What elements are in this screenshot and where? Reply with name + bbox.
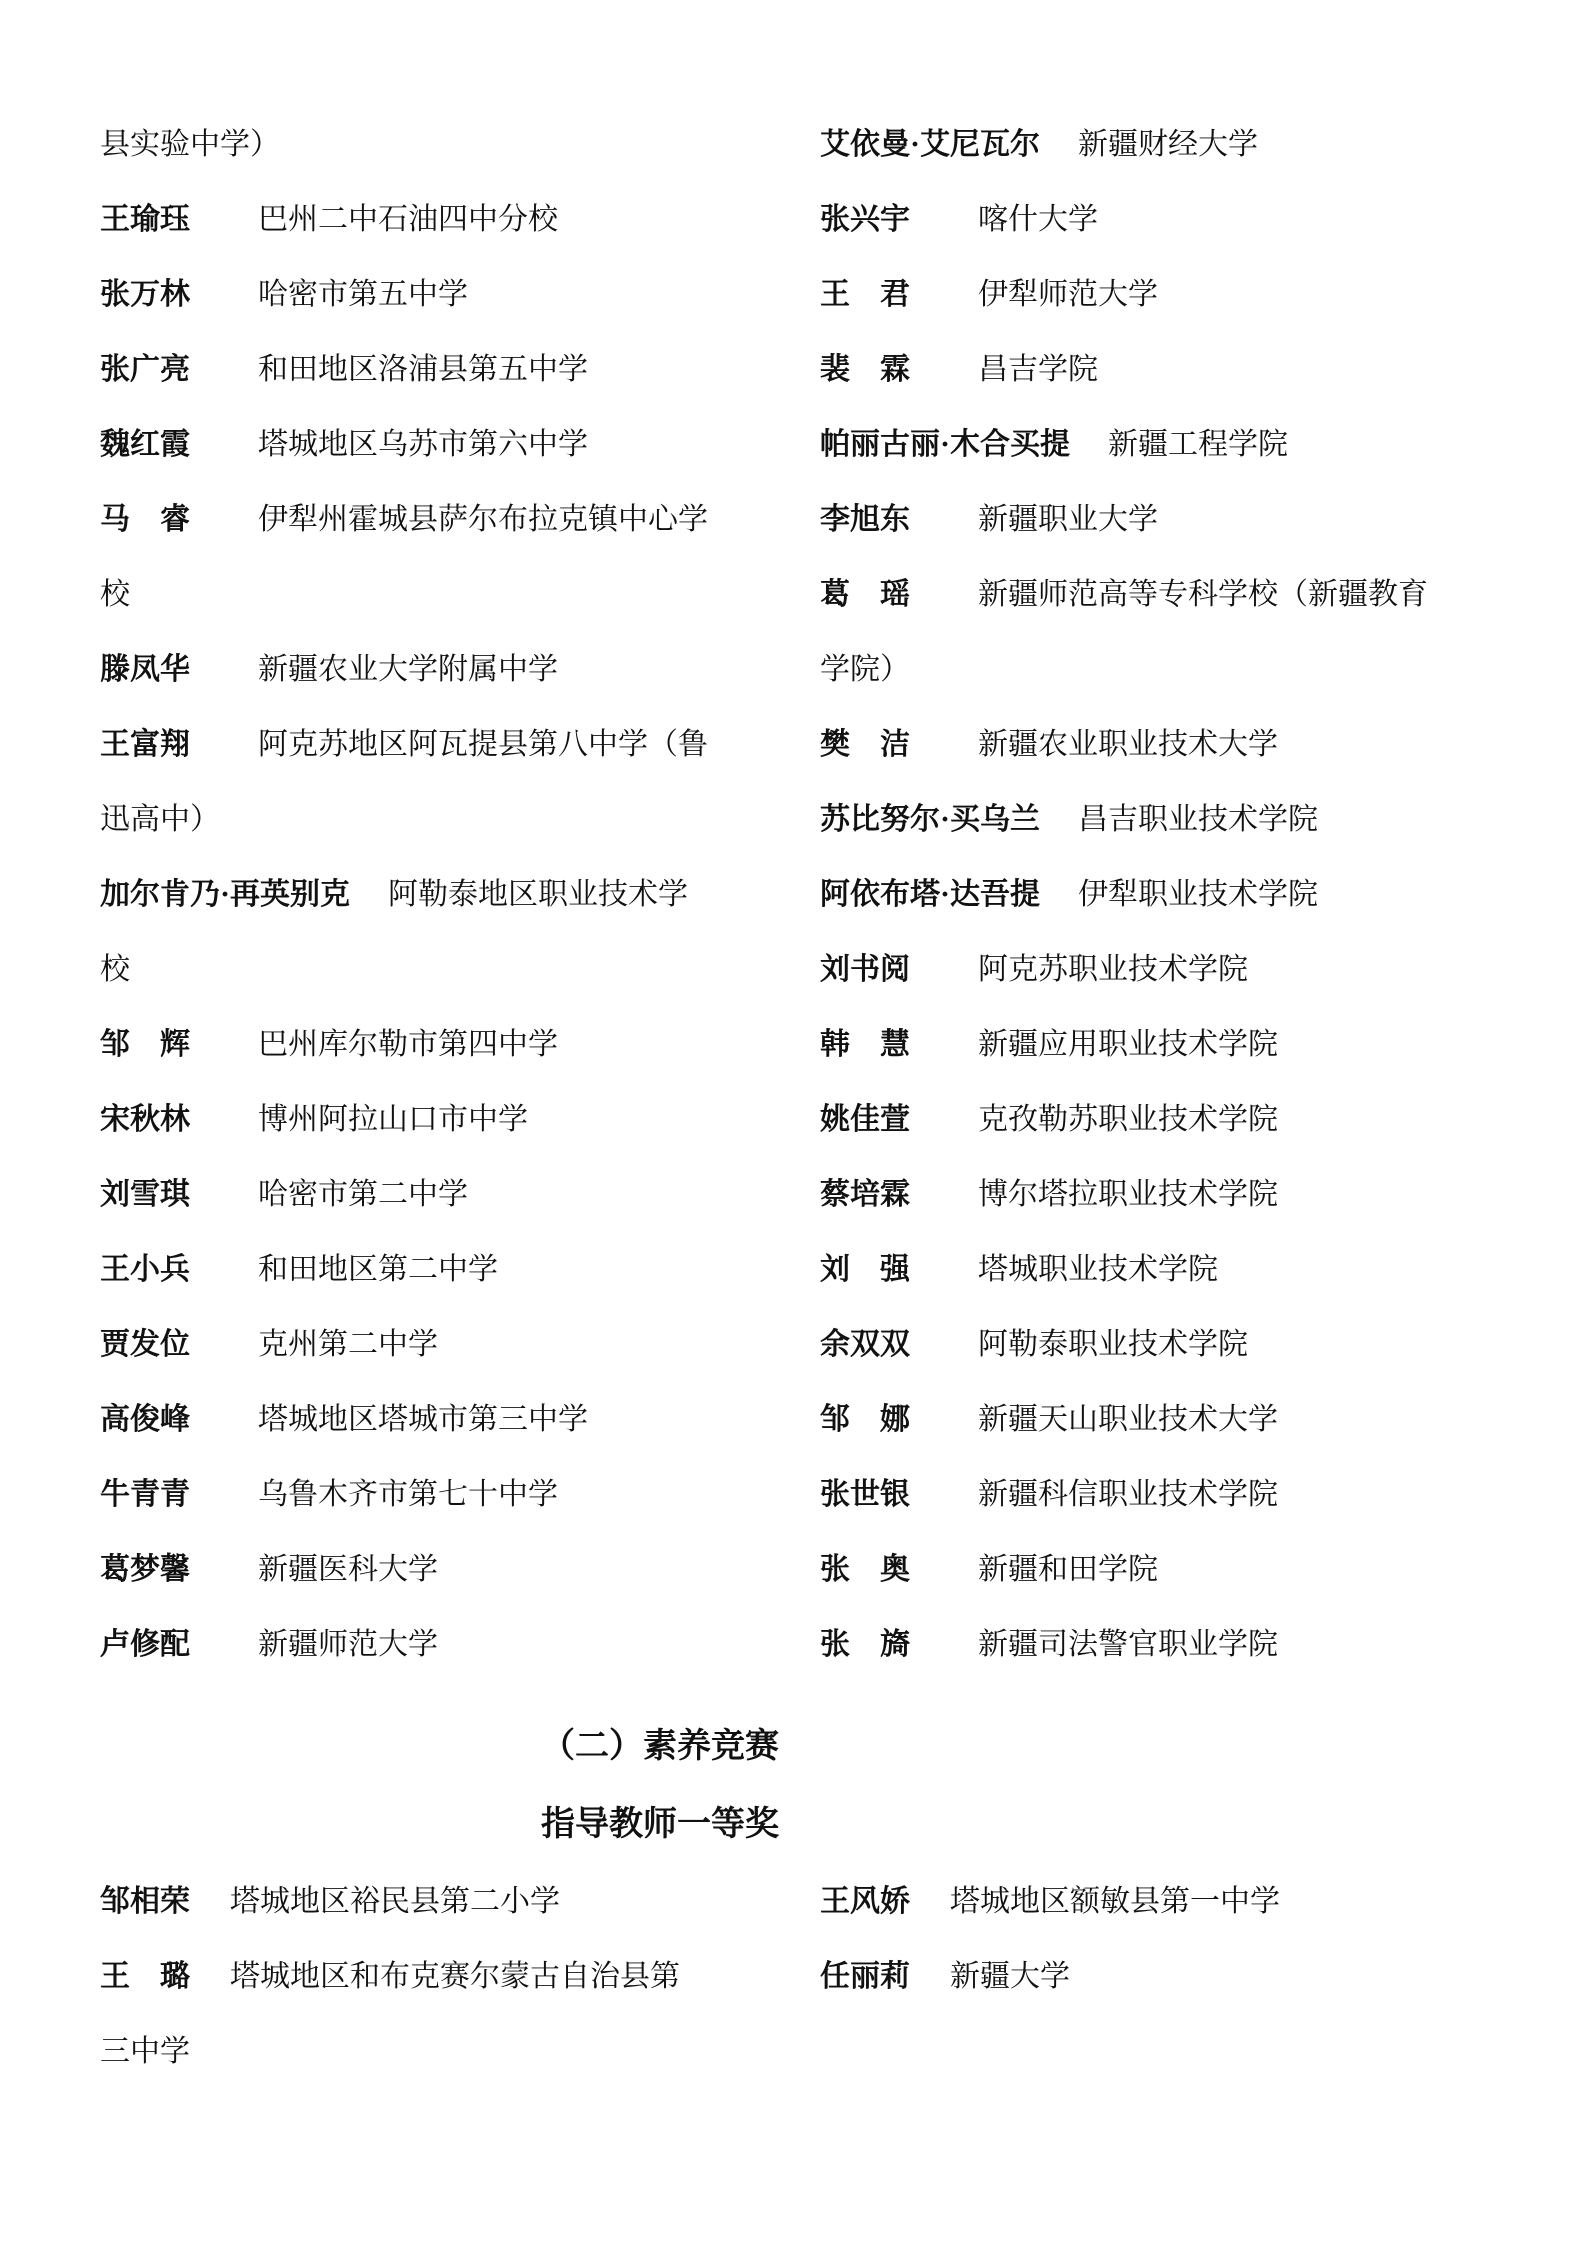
- school-name: 塔城地区裕民县第二小学: [230, 1885, 560, 1918]
- school-name: 塔城职业技术学院: [978, 1253, 1218, 1286]
- awardee-name: 张 旖: [820, 1607, 940, 1682]
- awardee-name: 樊 洁: [820, 707, 940, 782]
- school-name: 新疆农业职业技术大学: [978, 728, 1278, 761]
- award-entry: 张世银新疆科信职业技术学院: [820, 1457, 1567, 1532]
- school-name: 阿勒泰职业技术学院: [978, 1328, 1248, 1361]
- awardee-name: 王小兵: [100, 1232, 220, 1307]
- award-column-right: 艾依曼·艾尼瓦尔新疆财经大学张兴宇喀什大学王 君伊犁师范大学裴 霖昌吉学院帕丽古…: [820, 107, 1567, 1682]
- awardee-name: 葛梦馨: [100, 1532, 220, 1607]
- awardee-name: 帕丽古丽·木合买提: [820, 407, 1070, 482]
- awardee-name: 张 奥: [820, 1532, 940, 1607]
- document-page: 县实验中学）王瑜珏巴州二中石油四中分校张万林哈密市第五中学张广亮和田地区洛浦县第…: [0, 0, 1587, 2245]
- award-entry: 阿依布塔·达吾提伊犁职业技术学院: [820, 857, 1567, 932]
- awardee-name: 刘书阅: [820, 932, 940, 1007]
- section-heading: （二）素养竞赛: [0, 1708, 1320, 1786]
- award-entry: 苏比努尔·买乌兰昌吉职业技术学院: [820, 782, 1567, 857]
- awardee-name: 贾发位: [100, 1307, 220, 1382]
- school-name: 喀什大学: [978, 203, 1098, 236]
- awardee-name: 姚佳萱: [820, 1082, 940, 1157]
- school-name: 塔城地区额敏县第一中学: [950, 1885, 1280, 1918]
- awardee-name: 王 璐: [100, 1939, 190, 2014]
- award-heading: 指导教师一等奖: [0, 1786, 1320, 1864]
- award-entry: 葛梦馨新疆医科大学: [100, 1532, 800, 1607]
- school-name: 和田地区第二中学: [258, 1253, 498, 1286]
- section-headings: （二）素养竞赛 指导教师一等奖: [0, 1708, 1320, 1864]
- awardee-name: 卢修配: [100, 1607, 220, 1682]
- awardee-name: 王富翔: [100, 707, 220, 782]
- awardee-name: 王风娇: [820, 1864, 910, 1939]
- awardee-name: 加尔肯乃·再英别克: [100, 857, 350, 932]
- school-name: 新疆天山职业技术大学: [978, 1403, 1278, 1436]
- school-name: 塔城地区乌苏市第六中学: [258, 428, 588, 461]
- award-entry: 邹 辉巴州库尔勒市第四中学: [100, 1007, 800, 1082]
- school-name: 昌吉职业技术学院: [1078, 803, 1318, 836]
- awardee-name: 牛青青: [100, 1457, 220, 1532]
- awardee-name: 滕凤华: [100, 632, 220, 707]
- school-name: 新疆大学: [950, 1960, 1070, 1993]
- awardee-name: 李旭东: [820, 482, 940, 557]
- award-entry: 王小兵和田地区第二中学: [100, 1232, 800, 1307]
- awardee-name: 宋秋林: [100, 1082, 220, 1157]
- school-name: 新疆和田学院: [978, 1553, 1158, 1586]
- awardee-name: 张世银: [820, 1457, 940, 1532]
- school-name: 伊犁师范大学: [978, 278, 1158, 311]
- awardee-name: 阿依布塔·达吾提: [820, 857, 1040, 932]
- school-name: 伊犁职业技术学院: [1078, 878, 1318, 911]
- award-entry: 邹相荣塔城地区裕民县第二小学: [100, 1864, 800, 1939]
- school-name: 克孜勒苏职业技术学院: [978, 1103, 1278, 1136]
- awardee-name: 马 睿: [100, 482, 220, 557]
- school-name: 新疆科信职业技术学院: [978, 1478, 1278, 1511]
- award-entry: 滕凤华新疆农业大学附属中学: [100, 632, 800, 707]
- school-name: 新疆工程学院: [1108, 428, 1288, 461]
- awardee-name: 艾依曼·艾尼瓦尔: [820, 107, 1040, 182]
- school-name: 乌鲁木齐市第七十中学: [258, 1478, 558, 1511]
- award-entry: 樊 洁新疆农业职业技术大学: [820, 707, 1567, 782]
- award-entry: 刘雪琪哈密市第二中学: [100, 1157, 800, 1232]
- awardee-name: 邹 辉: [100, 1007, 220, 1082]
- school-name: 新疆司法警官职业学院: [978, 1628, 1278, 1661]
- school-name: 博州阿拉山口市中学: [258, 1103, 528, 1136]
- continuation-text: 县实验中学）: [100, 128, 280, 161]
- award-entry: 蔡培霖博尔塔拉职业技术学院: [820, 1157, 1567, 1232]
- school-name: 新疆医科大学: [258, 1553, 438, 1586]
- award-entry: 牛青青乌鲁木齐市第七十中学: [100, 1457, 800, 1532]
- school-name: 哈密市第二中学: [258, 1178, 468, 1211]
- awardee-name: 刘 强: [820, 1232, 940, 1307]
- awardee-name: 韩 慧: [820, 1007, 940, 1082]
- awardee-name: 张兴宇: [820, 182, 940, 257]
- award-entry: 葛 瑶新疆师范高等专科学校（新疆教育 学院）: [820, 557, 1567, 707]
- award-entry: 卢修配新疆师范大学: [100, 1607, 800, 1682]
- awardee-name: 邹相荣: [100, 1864, 190, 1939]
- award-column-bottom-left: 邹相荣塔城地区裕民县第二小学王 璐塔城地区和布克赛尔蒙古自治县第 三中学: [100, 1864, 800, 2089]
- school-name: 博尔塔拉职业技术学院: [978, 1178, 1278, 1211]
- award-column-left: 县实验中学）王瑜珏巴州二中石油四中分校张万林哈密市第五中学张广亮和田地区洛浦县第…: [100, 107, 800, 1682]
- award-entry: 宋秋林博州阿拉山口市中学: [100, 1082, 800, 1157]
- award-entry: 邹 娜新疆天山职业技术大学: [820, 1382, 1567, 1457]
- award-entry: 艾依曼·艾尼瓦尔新疆财经大学: [820, 107, 1567, 182]
- award-entry: 王 君伊犁师范大学: [820, 257, 1567, 332]
- awardee-name: 蔡培霖: [820, 1157, 940, 1232]
- award-entry: 刘 强塔城职业技术学院: [820, 1232, 1567, 1307]
- award-entry: 加尔肯乃·再英别克阿勒泰地区职业技术学 校: [100, 857, 800, 1007]
- school-name: 新疆师范大学: [258, 1628, 438, 1661]
- award-list-bottom: 邹相荣塔城地区裕民县第二小学王 璐塔城地区和布克赛尔蒙古自治县第 三中学 王风娇…: [0, 1864, 1587, 2089]
- school-name: 新疆职业大学: [978, 503, 1158, 536]
- school-name: 新疆农业大学附属中学: [258, 653, 558, 686]
- award-entry: 姚佳萱克孜勒苏职业技术学院: [820, 1082, 1567, 1157]
- awardee-name: 苏比努尔·买乌兰: [820, 782, 1040, 857]
- award-entry: 魏红霞塔城地区乌苏市第六中学: [100, 407, 800, 482]
- awardee-name: 王 君: [820, 257, 940, 332]
- award-entry: 刘书阅阿克苏职业技术学院: [820, 932, 1567, 1007]
- awardee-name: 葛 瑶: [820, 557, 940, 632]
- school-name: 哈密市第五中学: [258, 278, 468, 311]
- awardee-name: 余双双: [820, 1307, 940, 1382]
- award-column-bottom-right: 王风娇塔城地区额敏县第一中学任丽莉新疆大学: [820, 1864, 1567, 2014]
- award-entry: 张 奥新疆和田学院: [820, 1532, 1567, 1607]
- school-name: 塔城地区塔城市第三中学: [258, 1403, 588, 1436]
- award-entry: 张广亮和田地区洛浦县第五中学: [100, 332, 800, 407]
- school-name: 阿克苏职业技术学院: [978, 953, 1248, 986]
- award-entry: 余双双阿勒泰职业技术学院: [820, 1307, 1567, 1382]
- school-name: 巴州库尔勒市第四中学: [258, 1028, 558, 1061]
- award-entry: 张 旖新疆司法警官职业学院: [820, 1607, 1567, 1682]
- award-entry: 王富翔阿克苏地区阿瓦提县第八中学（鲁 迅高中）: [100, 707, 800, 857]
- award-entry: 张万林哈密市第五中学: [100, 257, 800, 332]
- award-entry: 李旭东新疆职业大学: [820, 482, 1567, 557]
- award-entry: 任丽莉新疆大学: [820, 1939, 1567, 2014]
- school-name: 新疆财经大学: [1078, 128, 1258, 161]
- school-name: 和田地区洛浦县第五中学: [258, 353, 588, 386]
- award-entry: 裴 霖昌吉学院: [820, 332, 1567, 407]
- continuation-line: 县实验中学）: [100, 107, 800, 182]
- school-name: 巴州二中石油四中分校: [258, 203, 558, 236]
- school-name: 新疆应用职业技术学院: [978, 1028, 1278, 1061]
- awardee-name: 任丽莉: [820, 1939, 910, 2014]
- award-list-top: 县实验中学）王瑜珏巴州二中石油四中分校张万林哈密市第五中学张广亮和田地区洛浦县第…: [0, 0, 1587, 1682]
- award-entry: 马 睿伊犁州霍城县萨尔布拉克镇中心学 校: [100, 482, 800, 632]
- award-entry: 王瑜珏巴州二中石油四中分校: [100, 182, 800, 257]
- awardee-name: 裴 霖: [820, 332, 940, 407]
- school-name: 克州第二中学: [258, 1328, 438, 1361]
- awardee-name: 张广亮: [100, 332, 220, 407]
- awardee-name: 刘雪琪: [100, 1157, 220, 1232]
- awardee-name: 张万林: [100, 257, 220, 332]
- awardee-name: 魏红霞: [100, 407, 220, 482]
- award-entry: 帕丽古丽·木合买提新疆工程学院: [820, 407, 1567, 482]
- awardee-name: 王瑜珏: [100, 182, 220, 257]
- award-entry: 张兴宇喀什大学: [820, 182, 1567, 257]
- award-entry: 高俊峰塔城地区塔城市第三中学: [100, 1382, 800, 1457]
- awardee-name: 邹 娜: [820, 1382, 940, 1457]
- award-entry: 王 璐塔城地区和布克赛尔蒙古自治县第 三中学: [100, 1939, 800, 2089]
- award-entry: 韩 慧新疆应用职业技术学院: [820, 1007, 1567, 1082]
- school-name: 昌吉学院: [978, 353, 1098, 386]
- award-entry: 贾发位克州第二中学: [100, 1307, 800, 1382]
- awardee-name: 高俊峰: [100, 1382, 220, 1457]
- award-entry: 王风娇塔城地区额敏县第一中学: [820, 1864, 1567, 1939]
